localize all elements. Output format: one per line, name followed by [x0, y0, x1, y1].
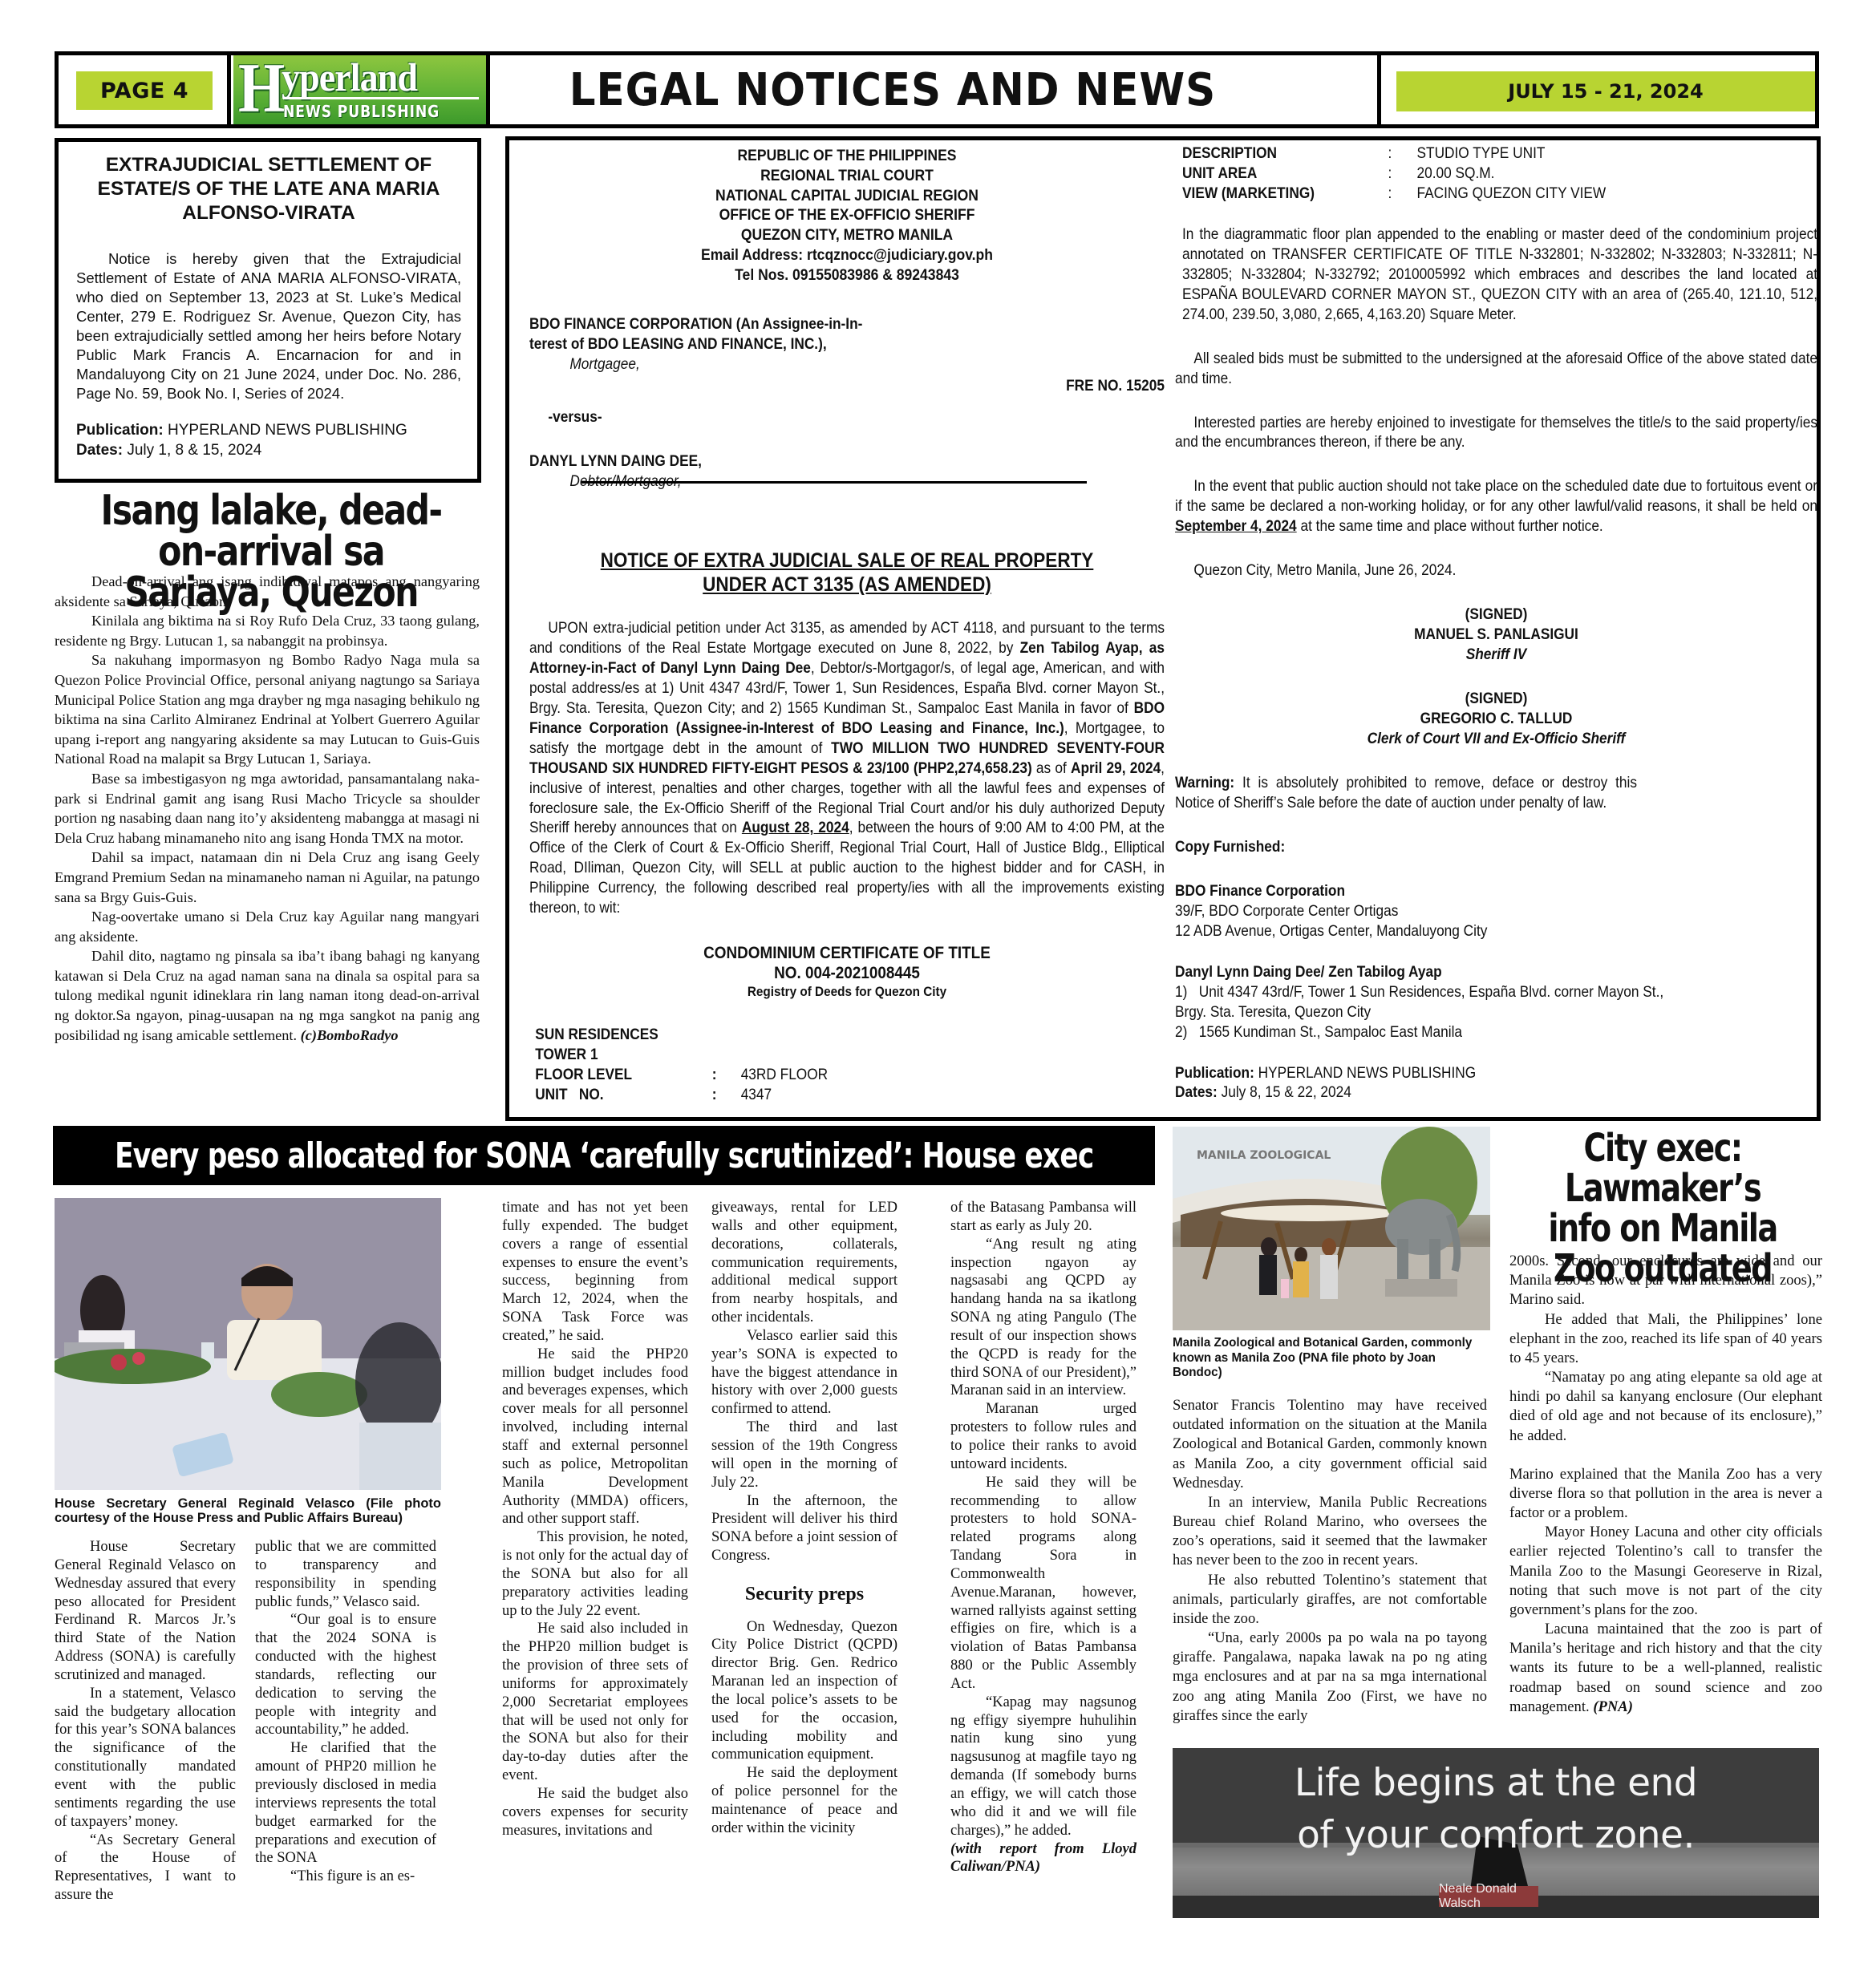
field-sep: : — [712, 1066, 741, 1086]
sona-headline-bar: Every peso allocated for SONA ‘carefully… — [53, 1126, 1155, 1185]
paragraph-text: Lacuna maintained that the zoo is part o… — [1509, 1621, 1822, 1715]
publication-value: HYPERLAND NEWS PUBLISHING — [164, 422, 407, 439]
publication-label: Publication: — [76, 422, 164, 439]
signatory-name: GREGORIO C. TALLUD — [1175, 710, 1817, 730]
sheriff-notice-left-column: REPUBLIC OF THE PHILIPPINES REGIONAL TRI… — [529, 146, 1165, 1106]
article-column-1: Senator Francis Tolentino may have recei… — [1173, 1396, 1487, 1726]
text: In the event that public auction should … — [1175, 478, 1817, 515]
property-field: UNIT NO.:4347 — [535, 1086, 1165, 1106]
article-paragraph: The third and last session of the 19th C… — [711, 1419, 897, 1491]
warning-label: Warning: — [1175, 775, 1234, 791]
field-sep: : — [1388, 144, 1417, 164]
place-and-date: Quezon City, Metro Manila, June 26, 2024… — [1175, 561, 1817, 581]
zoo-entrance-illustration: MANILA ZOOLOGICAL — [1173, 1127, 1490, 1330]
article-paragraph: In a statement, Velasco said the budgeta… — [55, 1685, 236, 1831]
property-field: FLOOR LEVEL:43RD FLOOR — [535, 1066, 1165, 1086]
logo-rule — [283, 97, 479, 99]
event-paragraph: In the event that public auction should … — [1175, 477, 1817, 537]
velasco-photo — [55, 1198, 441, 1490]
article-paragraph: “As Secretary General of the House of Re… — [55, 1831, 236, 1904]
property-tower: TOWER 1 — [535, 1046, 1165, 1066]
article-paragraph: “Our goal is to ensure that the 2024 SON… — [255, 1611, 436, 1739]
recipient-name: Danyl Lynn Daing Dee/ Zen Tabilog Ayap — [1175, 963, 1817, 983]
court-header-line: QUEZON CITY, METRO MANILA — [529, 225, 1165, 245]
mortgagee-role: Mortgagee, — [529, 355, 1165, 375]
article-paragraph: Dead-on-arrival ang isang indibidwal mat… — [55, 572, 480, 611]
publication-info: Publication: HYPERLAND NEWS PUBLISHING D… — [1175, 1064, 1817, 1104]
field-key: FLOOR LEVEL — [535, 1066, 712, 1086]
recipient-name: BDO Finance Corporation — [1175, 882, 1817, 902]
warning-text: It is absolutely prohibited to remove, d… — [1175, 775, 1637, 812]
mortgagee-name: BDO FINANCE CORPORATION (An Assignee-in-… — [529, 315, 1165, 335]
masthead-divider — [227, 55, 231, 124]
article-paragraph: Dahil dito, nagtamo ng pinsala sa iba’t … — [55, 946, 480, 1045]
quote-line-1: Life begins at the end — [1173, 1764, 1819, 1802]
issue-date-badge: JULY 15 - 21, 2024 — [1396, 71, 1815, 111]
page-number-badge: PAGE 4 — [76, 71, 213, 110]
field-value: 43RD FLOOR — [741, 1066, 1165, 1086]
article-paragraph: Velasco earlier said this year’s SONA is… — [711, 1327, 897, 1419]
case-number: FRE NO. 15205 — [529, 377, 1165, 397]
article-paragraph: In an interview, Manila Public Recreatio… — [1173, 1493, 1487, 1571]
condominium-title: CONDOMINIUM CERTIFICATE OF TITLE NO. 004… — [529, 943, 1165, 1000]
debt-date: April 29, 2024 — [1071, 760, 1161, 777]
article-paragraph: On Wednesday, Quezon City Police Distric… — [711, 1618, 897, 1765]
field-sep: : — [712, 1086, 741, 1106]
article-paragraph: of the Batasang Pambansa will start as e… — [950, 1199, 1137, 1236]
court-email: Email Address: rtcqznocc@judiciary.gov.p… — [529, 245, 1165, 265]
notice-title: NOTICE OF EXTRA JUDICIAL SALE OF REAL PR… — [529, 548, 1165, 597]
cct-title: CONDOMINIUM CERTIFICATE OF TITLE — [529, 943, 1165, 963]
recipient-address: Brgy. Sta. Teresita, Quezon City — [1175, 1003, 1817, 1023]
copy-furnished-label: Copy Furnished: — [1175, 838, 1817, 858]
section-title: LEGAL NOTICES AND NEWS — [524, 55, 1262, 124]
cct-number: NO. 004-2021008445 — [529, 963, 1165, 983]
article-paragraph: In the afternoon, the President will del… — [711, 1492, 897, 1565]
floor-plan-paragraph: In the diagrammatic floor plan appended … — [1175, 225, 1817, 326]
bids-paragraph: All sealed bids must be submitted to the… — [1175, 350, 1817, 390]
article-paragraph: giveaways, rental for LED walls and othe… — [711, 1199, 897, 1327]
paragraph-text: Dahil dito, nagtamo ng pinsala sa iba’t … — [55, 948, 480, 1042]
article-column-4: giveaways, rental for LED walls and othe… — [711, 1199, 897, 1838]
recipient-address: 39/F, BDO Corporate Center Ortigas — [1175, 902, 1817, 922]
article-paragraph: Nag-oovertake umano si Dela Cruz kay Agu… — [55, 907, 480, 946]
field-value: 20.00 SQ.M. — [1417, 164, 1818, 184]
field-sep: : — [1388, 164, 1417, 184]
masthead-divider — [486, 55, 490, 124]
article-column-3: timate and has not yet been fully expend… — [502, 1199, 688, 1840]
masthead: PAGE 4 H yperland NEWS PUBLISHING LEGAL … — [55, 51, 1819, 128]
court-phone: Tel Nos. 09155083986 & 89243843 — [529, 265, 1165, 285]
sheriff-notice-right-column: DESCRIPTION:STUDIO TYPE UNIT UNIT AREA:2… — [1175, 144, 1817, 1103]
signatory-title: Clerk of Court VII and Ex-Officio Sherif… — [1175, 730, 1817, 750]
article-paragraph: Maranan urged protesters to follow rules… — [950, 1400, 1137, 1473]
article-column-2: public that we are committed to transpar… — [255, 1538, 436, 1886]
notice-title-line: UNDER ACT 3135 (AS AMENDED) — [529, 573, 1165, 597]
article-paragraph: This provision, he noted, is not only fo… — [502, 1528, 688, 1620]
versus-label: -versus- — [529, 408, 1165, 428]
text: at the same time and place without furth… — [1297, 518, 1603, 535]
dates-label: Dates: — [1175, 1084, 1218, 1101]
article-paragraph: 2000s. Second, our enclosures are wide a… — [1509, 1252, 1822, 1310]
article-column-2: 2000s. Second, our enclosures are wide a… — [1509, 1252, 1822, 1717]
extrajudicial-settlement-notice: EXTRAJUDICIAL SETTLEMENT OF ESTATE/S OF … — [55, 138, 481, 483]
court-header-line: OFFICE OF THE EX-OFFICIO SHERIFF — [529, 205, 1165, 225]
property-field: VIEW (MARKETING):FACING QUEZON CITY VIEW — [1175, 184, 1817, 204]
quote-author: Neale Donald Walsch — [1439, 1886, 1538, 1907]
manila-zoo-photo: MANILA ZOOLOGICAL — [1173, 1127, 1490, 1330]
dates-value: July 8, 15 & 22, 2024 — [1218, 1084, 1351, 1101]
article-paragraph: He said they will be recommending to all… — [950, 1474, 1137, 1694]
article-paragraph: He said the PHP20 million budget include… — [502, 1346, 688, 1528]
dates-label: Dates: — [76, 442, 123, 459]
recipient-address: 1) Unit 4347 43rd/F, Tower 1 Sun Residen… — [1175, 983, 1817, 1003]
article-headline: Every peso allocated for SONA ‘carefully… — [115, 1135, 1093, 1176]
recipient: BDO Finance Corporation 39/F, BDO Corpor… — [1175, 882, 1817, 942]
field-key: UNIT NO. — [535, 1086, 712, 1106]
text: as of — [1032, 760, 1071, 777]
dates-value: July 1, 8 & 15, 2024 — [123, 442, 261, 459]
article-paragraph: “Ang result ng ating inspection ngayon a… — [950, 1236, 1137, 1401]
court-header-line: REGIONAL TRIAL COURT — [529, 166, 1165, 186]
signatory: (SIGNED) MANUEL S. PANLASIGUI Sheriff IV — [1175, 605, 1817, 666]
field-key: VIEW (MARKETING) — [1182, 184, 1388, 204]
debtor-name: DANYL LYNN DAING DEE, — [529, 452, 1165, 472]
signed-label: (SIGNED) — [1175, 690, 1817, 710]
field-value: STUDIO TYPE UNIT — [1417, 144, 1818, 164]
article-paragraph: public that we are committed to transpar… — [255, 1538, 436, 1611]
field-key: DESCRIPTION — [1182, 144, 1388, 164]
mortgagee-name-cont: terest of BDO LEASING AND FINANCE, INC.)… — [529, 335, 1165, 355]
recipient: Danyl Lynn Daing Dee/ Zen Tabilog Ayap 1… — [1175, 963, 1817, 1043]
article-paragraph: Marino explained that the Manila Zoo has… — [1509, 1465, 1822, 1524]
article-paragraph: “Kapag may nagsunog ng effigy siyempre h… — [950, 1694, 1137, 1840]
field-value: FACING QUEZON CITY VIEW — [1417, 184, 1818, 204]
article-paragraph: Lacuna maintained that the zoo is part o… — [1509, 1620, 1822, 1717]
article-paragraph: timate and has not yet been fully expend… — [502, 1199, 688, 1346]
article-paragraph: He said also included in the PHP20 milli… — [502, 1620, 688, 1785]
article-paragraph: He said the deployment of police personn… — [711, 1764, 897, 1837]
signatory: (SIGNED) GREGORIO C. TALLUD Clerk of Cou… — [1175, 690, 1817, 750]
article-body: Dead-on-arrival ang isang indibidwal mat… — [55, 572, 480, 1045]
article-paragraph: “This figure is an es- — [255, 1868, 436, 1886]
article-credit: (c)BomboRadyo — [301, 1027, 399, 1043]
article-paragraph: Senator Francis Tolentino may have recei… — [1173, 1396, 1487, 1493]
publication-label: Publication: — [1175, 1065, 1254, 1082]
signatory-title: Sheriff IV — [1175, 646, 1817, 666]
recipient-address: 12 ADB Avenue, Ortigas Center, Mandaluyo… — [1175, 922, 1817, 942]
logo-letter: H — [238, 55, 285, 124]
article-credit: (PNA) — [1593, 1698, 1633, 1715]
case-parties: BDO FINANCE CORPORATION (An Assignee-in-… — [529, 315, 1165, 492]
recipient-address: 2) 1565 Kundiman St., Sampaloc East Mani… — [1175, 1023, 1817, 1043]
article-column-5: of the Batasang Pambansa will start as e… — [950, 1199, 1137, 1876]
alternate-auction-date: September 4, 2024 — [1175, 518, 1297, 535]
photo-caption: House Secretary General Reginald Velasco… — [55, 1496, 441, 1525]
article-column-1: House Secretary General Reginald Velasco… — [55, 1538, 236, 1904]
article-subheading: Security preps — [711, 1583, 897, 1607]
inspirational-quote-ad: Life begins at the end of your comfort z… — [1173, 1748, 1819, 1918]
warning-paragraph: Warning: It is absolutely prohibited to … — [1175, 774, 1637, 814]
article-paragraph: House Secretary General Reginald Velasco… — [55, 1538, 236, 1685]
signatory-name: MANUEL S. PANLASIGUI — [1175, 625, 1817, 646]
article-paragraph: He also rebutted Tolentino’s statement t… — [1173, 1571, 1487, 1629]
article-paragraph: He said the budget also covers expenses … — [502, 1785, 688, 1840]
notice-body: Notice is hereby given that the Extrajud… — [76, 249, 461, 403]
property-details: SUN RESIDENCES TOWER 1 FLOOR LEVEL:43RD … — [529, 1026, 1165, 1106]
article-paragraph: He added that Mali, the Philippines’ lon… — [1509, 1310, 1822, 1369]
property-name: SUN RESIDENCES — [535, 1026, 1165, 1046]
article-paragraph: “Namatay po ang ating elepante sa old ag… — [1509, 1368, 1822, 1446]
photo-caption: Manila Zoological and Botanical Garden, … — [1173, 1336, 1474, 1381]
field-key: UNIT AREA — [1182, 164, 1388, 184]
article-paragraph: Dahil sa impact, natamaan din ni Dela Cr… — [55, 848, 480, 907]
notice-main-paragraph: UPON extra-judicial petition under Act 3… — [529, 619, 1165, 919]
article-paragraph: “Una, early 2000s pa po wala na po tayon… — [1173, 1629, 1487, 1726]
notice-title-line: NOTICE OF EXTRA JUDICIAL SALE OF REAL PR… — [529, 548, 1165, 573]
interested-parties-paragraph: Interested parties are hereby enjoined t… — [1175, 414, 1817, 454]
cct-registry: Registry of Deeds for Quezon City — [529, 984, 1165, 1000]
court-header-line: REPUBLIC OF THE PHILIPPINES — [529, 146, 1165, 166]
press-briefing-illustration — [55, 1198, 441, 1490]
quote-line-2: of your comfort zone. — [1173, 1816, 1819, 1854]
field-sep: : — [1388, 184, 1417, 204]
masthead-divider — [1377, 55, 1381, 124]
property-field: UNIT AREA:20.00 SQ.M. — [1175, 164, 1817, 184]
article-paragraph: Base sa imbestigasyon ng mga awtoridad, … — [55, 769, 480, 848]
article-paragraph: Kinilala ang biktima na si Roy Rufo Dela… — [55, 611, 480, 650]
article-paragraph: Mayor Honey Lacuna and other city offici… — [1509, 1523, 1822, 1620]
article-paragraph: He clarified that the amount of PHP20 mi… — [255, 1739, 436, 1868]
notice-title: EXTRAJUDICIAL SETTLEMENT OF ESTATE/S OF … — [76, 153, 461, 225]
property-field: DESCRIPTION:STUDIO TYPE UNIT — [1175, 144, 1817, 164]
hyperland-logo: H yperland NEWS PUBLISHING — [233, 55, 486, 124]
notice-paragraph: Notice is hereby given that the Extrajud… — [76, 249, 461, 403]
divider-rule — [581, 481, 1087, 484]
auction-date: August 28, 2024 — [742, 820, 849, 836]
publication-info: Publication: HYPERLAND NEWS PUBLISHING D… — [76, 421, 461, 460]
zoo-sign-text: MANILA ZOOLOGICAL — [1197, 1149, 1331, 1162]
article-credit: (with report from Lloyd Caliwan/PNA) — [950, 1840, 1137, 1877]
signed-label: (SIGNED) — [1175, 605, 1817, 625]
court-header-line: NATIONAL CAPITAL JUDICIAL REGION — [529, 186, 1165, 206]
article-paragraph: Sa nakuhang impormasyon ng Bombo Radyo N… — [55, 650, 480, 769]
logo-subtitle: NEWS PUBLISHING — [283, 102, 440, 121]
court-header: REPUBLIC OF THE PHILIPPINES REGIONAL TRI… — [529, 146, 1165, 285]
logo-word: yperland — [282, 57, 417, 97]
field-value: 4347 — [741, 1086, 1165, 1106]
publication-value: HYPERLAND NEWS PUBLISHING — [1254, 1065, 1476, 1082]
